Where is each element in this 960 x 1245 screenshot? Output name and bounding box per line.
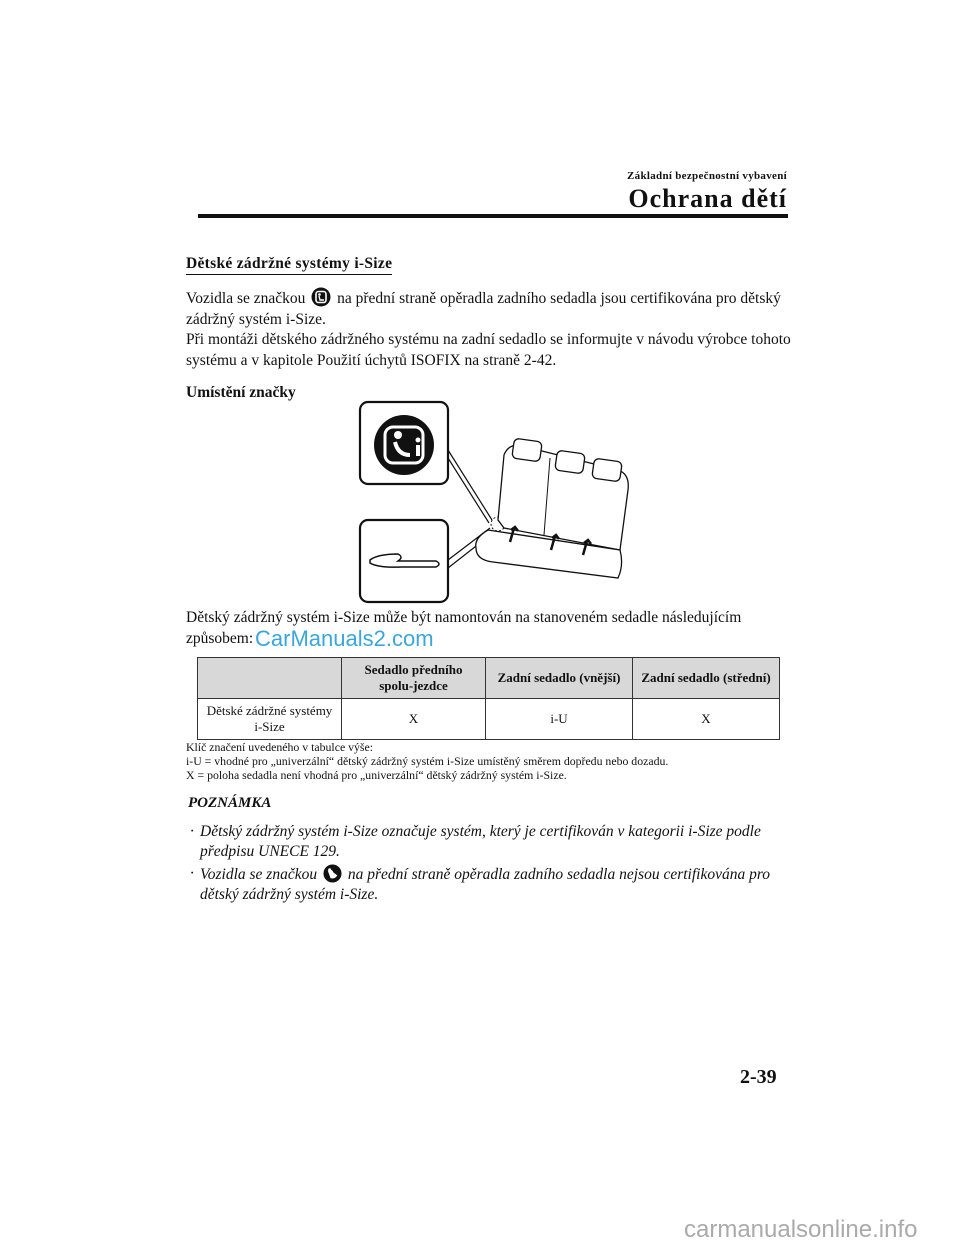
- i-size-child-seat-icon: [311, 287, 331, 307]
- table-header-cell: Sedadlo předního spolu-jezdce: [342, 658, 486, 699]
- table-cell: X: [342, 699, 486, 740]
- text: Dětský zádržný systém i-Size označuje sy…: [200, 823, 761, 860]
- intro-paragraph: Vozidla se značkou na přední straně opěr…: [186, 287, 806, 371]
- header-divider: [198, 214, 788, 218]
- table-header-row: Sedadlo předního spolu-jezdce Zadní seda…: [198, 658, 780, 699]
- key-title: Klíč značení uvedeného v tabulce výše:: [186, 740, 668, 754]
- page-number: 2-39: [740, 1066, 777, 1089]
- note-item: · Dětský zádržný systém i-Size označuje …: [200, 822, 800, 862]
- section-heading: Dětské zádržné systémy i-Size: [186, 255, 392, 275]
- table-header-cell: [198, 658, 342, 699]
- text: Vozidla se značkou: [186, 290, 305, 307]
- i-size-label-icon: [374, 415, 434, 475]
- child-seat-icon: [323, 864, 342, 883]
- page-title: Ochrana dětí: [628, 184, 787, 214]
- note-title: POZNÁMKA: [188, 795, 271, 812]
- table-key: Klíč značení uvedeného v tabulce výše: i…: [186, 740, 668, 782]
- site-watermark: carmanualsonline.info: [684, 1216, 917, 1244]
- key-line: X = poloha sedadla není vhodná pro „univ…: [186, 768, 668, 782]
- section-name: Základní bezpečnostní vybavení: [627, 170, 787, 182]
- location-label: Umístění značky: [186, 384, 296, 402]
- table-row: Dětské zádržné systémy i-Size X i-U X: [198, 699, 780, 740]
- key-line: i-U = vhodné pro „univerzální“ dětský zá…: [186, 754, 668, 768]
- compatibility-table: Sedadlo předního spolu-jezdce Zadní seda…: [197, 657, 780, 740]
- table-cell: Dětské zádržné systémy i-Size: [198, 699, 342, 740]
- table-header-cell: Zadní sedadlo (střední): [633, 658, 780, 699]
- note-item: · Vozidla se značkou na přední straně op…: [200, 864, 800, 905]
- bullet-icon: ·: [190, 864, 194, 884]
- table-cell: X: [633, 699, 780, 740]
- table-header-cell: Zadní sedadlo (vnější): [486, 658, 633, 699]
- watermark: CarManuals2.com: [255, 626, 434, 652]
- bullet-icon: ·: [190, 822, 194, 842]
- rear-seat-illustration: [358, 400, 638, 605]
- text: Vozidla se značkou: [200, 866, 317, 883]
- text: Při montáži dětského zádržného systému n…: [186, 331, 791, 369]
- table-cell: i-U: [486, 699, 633, 740]
